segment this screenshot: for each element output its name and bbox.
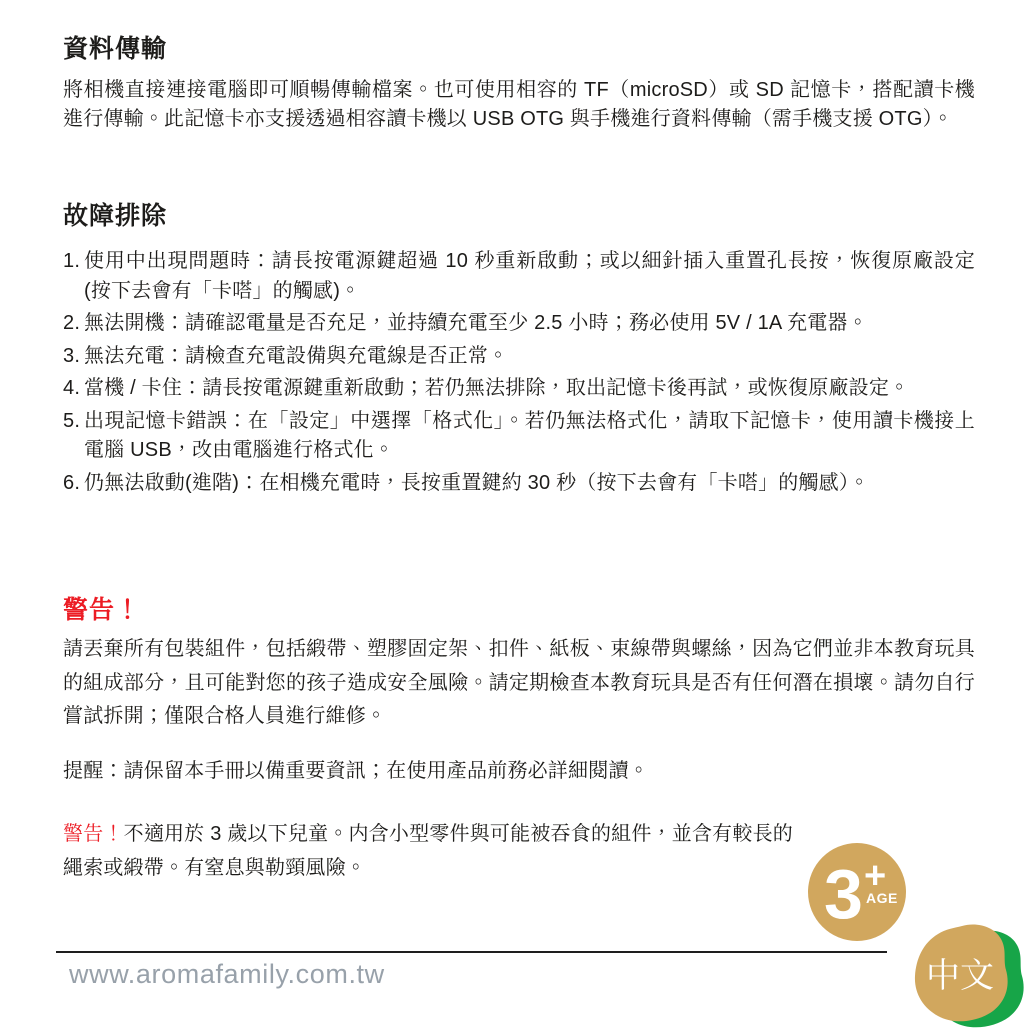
troubleshooting-list: 1. 使用中出現問題時：請長按電源鍵超過 10 秒重新啟動；或以細針插入重置孔長… [63,247,975,498]
list-item: 3. 無法充電：請檢查充電設備與充電線是否正常。 [63,342,975,372]
item-number: 1. [63,247,84,306]
section-data-transfer: 資料傳輸 將相機直接連接電腦即可順暢傳輸檔案。也可使用相容的 TF（microS… [63,33,975,134]
language-badge: 中文 [910,921,1028,1033]
footer-divider [56,951,887,953]
item-number: 5. [63,407,84,466]
heading-data-transfer: 資料傳輸 [63,33,975,65]
warning-age-text: 警告！不適用於 3 歲以下兒童。内含小型零件與可能被吞食的組件，並含有較長的繩索… [63,818,793,885]
warning-age-body: 不適用於 3 歲以下兒童。内含小型零件與可能被吞食的組件，並含有較長的繩索或緞帶… [63,823,793,879]
section-reminder: 提醒：請保留本手冊以備重要資訊；在使用產品前務必詳細閱讀。 [63,757,975,786]
list-item: 4. 當機 / 卡住：請長按電源鍵重新啟動；若仍無法排除，取出記憶卡後再試，或恢… [63,374,975,404]
heading-warning: 警告！ [63,594,975,626]
item-text: 無法充電：請檢查充電設備與充電線是否正常。 [84,342,975,372]
item-text: 當機 / 卡住：請長按電源鍵重新啟動；若仍無法排除，取出記憶卡後再試，或恢復原廠… [84,374,975,404]
list-item: 1. 使用中出現問題時：請長按電源鍵超過 10 秒重新啟動；或以細針插入重置孔長… [63,247,975,306]
list-item: 6. 仍無法啟動(進階)：在相機充電時，長按重置鍵約 30 秒（按下去會有「卡嗒… [63,469,975,499]
warning-age-label: 警告！ [63,823,124,845]
item-text: 使用中出現問題時：請長按電源鍵超過 10 秒重新啟動；或以細針插入重置孔長按，恢… [84,247,975,306]
item-text: 仍無法啟動(進階)：在相機充電時，長按重置鍵約 30 秒（按下去會有「卡嗒」的觸… [84,469,975,499]
reminder-text: 提醒：請保留本手冊以備重要資訊；在使用產品前務必詳細閱讀。 [63,757,975,786]
item-text: 出現記憶卡錯誤：在「設定」中選擇「格式化」。若仍無法格式化，請取下記憶卡，使用讀… [84,407,975,466]
item-number: 4. [63,374,84,404]
footer-url: www.aromafamily.com.tw [69,958,385,990]
heading-troubleshooting: 故障排除 [63,200,975,232]
paragraph-warning: 請丟棄所有包裝組件，包括緞帶、塑膠固定架、扣件、紙板、束線帶與螺絲，因為它們並非… [63,633,975,734]
item-text: 無法開機：請確認電量是否充足，並持續充電至少 2.5 小時；務必使用 5V / … [84,309,975,339]
age-label: AGE [866,890,898,906]
list-item: 5. 出現記憶卡錯誤：在「設定」中選擇「格式化」。若仍無法格式化，請取下記憶卡，… [63,407,975,466]
age-number: 3 [824,855,863,933]
item-number: 6. [63,469,84,499]
manual-page: { "doc": { "data_transfer": { "title": "… [0,0,1033,1033]
item-number: 2. [63,309,84,339]
age-badge: 3 + AGE [808,843,906,941]
paragraph-data-transfer: 將相機直接連接電腦即可順暢傳輸檔案。也可使用相容的 TF（microSD）或 S… [63,76,975,134]
list-item: 2. 無法開機：請確認電量是否充足，並持續充電至少 2.5 小時；務必使用 5V… [63,309,975,339]
section-troubleshooting: 故障排除 1. 使用中出現問題時：請長按電源鍵超過 10 秒重新啟動；或以細針插… [63,200,975,501]
language-text: 中文 [926,957,994,995]
section-warning-age: 警告！不適用於 3 歲以下兒童。内含小型零件與可能被吞食的組件，並含有較長的繩索… [63,818,793,885]
item-number: 3. [63,342,84,372]
section-warning: 警告！ 請丟棄所有包裝組件，包括緞帶、塑膠固定架、扣件、紙板、束線帶與螺絲，因為… [63,594,975,734]
